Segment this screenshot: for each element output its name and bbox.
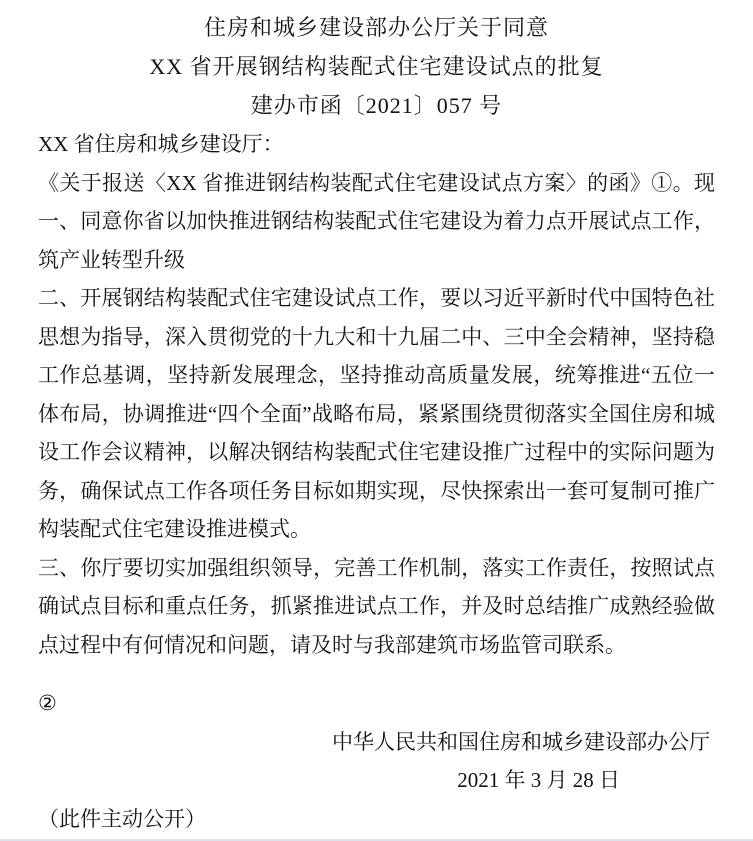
signature-date: 2021 年 3 月 28 日 (0, 761, 753, 800)
official-document-page: 住房和城乡建设部办公厅关于同意 XX 省开展钢结构装配式住宅建设试点的批复 建办… (0, 0, 753, 841)
body-line: 点过程中有何情况和问题，请及时与我部建筑市场监管司联系。 (38, 626, 715, 665)
body-line: 三、你厅要切实加强组织领导，完善工作机制，落实工作责任，按照试点方案明 (38, 549, 715, 588)
body-line: 设工作会议精神，以解决钢结构装配式住宅建设推广过程中的实际问题为首要任 (38, 433, 715, 472)
document-title-block: 住房和城乡建设部办公厅关于同意 XX 省开展钢结构装配式住宅建设试点的批复 建办… (0, 0, 753, 125)
body-line: 体布局，协调推进“四个全面”战略布局，紧紧围绕贯彻落实全国住房和城乡建 (38, 395, 715, 434)
document-title-line-2: XX 省开展钢结构装配式住宅建设试点的批复 (0, 47, 753, 86)
footnote-marker: ② (0, 684, 753, 723)
body-line: 筑产业转型升级 (38, 241, 715, 280)
body-line: 思想为指导，深入贯彻党的十九大和十九届二中、三中全会精神，坚持稳中求进 (38, 318, 715, 357)
signature-org: 中华人民共和国住房和城乡建设部办公厅 (0, 723, 753, 762)
body-line: 一、同意你省以加快推进钢结构装配式住宅建设为着力点开展试点工作，促进建 (38, 202, 715, 241)
document-body: XX 省住房和城乡建设厅： 《关于报送〈XX 省推进钢结构装配式住宅建设试点方案… (0, 125, 753, 664)
document-number: 建办市函〔2021〕057 号 (0, 86, 753, 125)
body-line: 《关于报送〈XX 省推进钢结构装配式住宅建设试点方案〉的函》①。现批复如下： (38, 164, 715, 203)
body-line: 确试点目标和重点任务，抓紧推进试点工作，并及时总结推广成熟经验做法。试 (38, 587, 715, 626)
body-line: 二、开展钢结构装配式住宅建设试点工作，要以习近平新时代中国特色社会主义 (38, 279, 715, 318)
body-line: 工作总基调，坚持新发展理念，坚持推动高质量发展，统筹推进“五位一体”总 (38, 356, 715, 395)
document-title-line-1: 住房和城乡建设部办公厅关于同意 (0, 8, 753, 47)
body-line: 构装配式住宅建设推进模式。 (38, 510, 715, 549)
body-line: 务，确保试点工作各项任务目标如期实现，尽快探索出一套可复制可推广的钢结 (38, 472, 715, 511)
disclosure-note: （此件主动公开） (0, 800, 753, 839)
salutation-line: XX 省住房和城乡建设厅： (38, 125, 715, 164)
